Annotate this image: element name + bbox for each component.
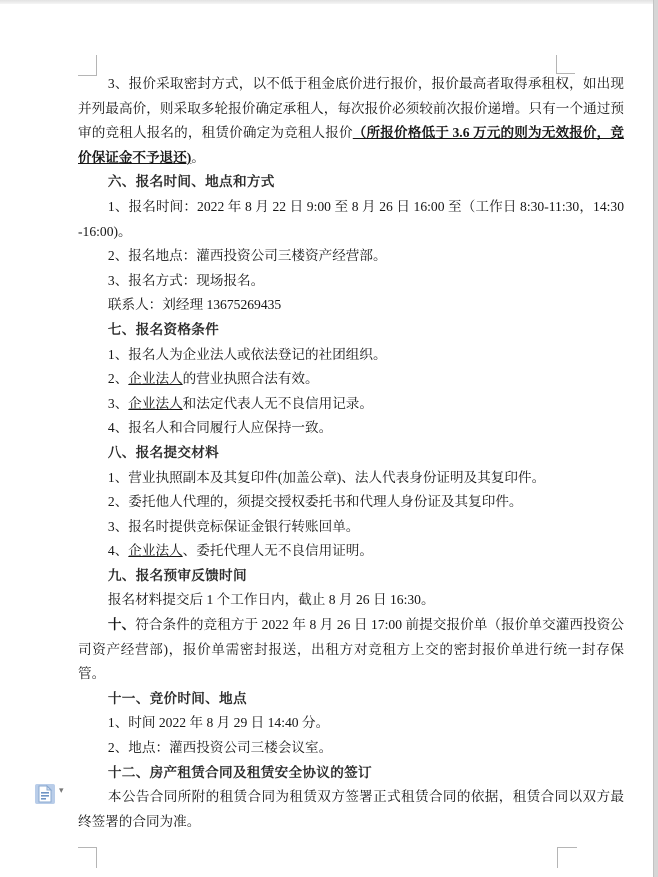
text-segment: 1、报名时间：2022 年 8 月 22 日 9:00 至 8 月 26 日 1… [78, 199, 624, 239]
text-segment: 、委托代理人无不良信用证明。 [183, 543, 373, 558]
text-segment: 3、报名时提供竞标保证金银行转账回单。 [108, 519, 359, 534]
paragraph: 2、企业法人的营业执照合法有效。 [78, 367, 624, 392]
text-boundary-mark-bottom-right [557, 847, 577, 868]
canvas-right-edge [653, 0, 658, 877]
section-heading: 九、报名预审反馈时间 [78, 564, 624, 589]
text-segment: 的营业执照合法有效。 [183, 371, 319, 386]
text-segment: 报名材料提交后 1 个工作日内，截止 8 月 26 日 16:30。 [108, 592, 435, 607]
chevron-down-icon[interactable]: ▾ [59, 787, 64, 802]
paragraph: 4、报名人和合同履行人应保持一致。 [78, 416, 624, 441]
paragraph: 1、营业执照副本及其复印件(加盖公章)、法人代表身份证明及其复印件。 [78, 466, 624, 491]
text-segment: 和法定代表人无不良信用记录。 [183, 396, 373, 411]
text-segment: 九、报名预审反馈时间 [108, 568, 247, 583]
text-segment: 企业法人 [128, 396, 182, 411]
section-heading: 六、报名时间、地点和方式 [78, 170, 624, 195]
paragraph: 3、报名方式：现场报名。 [78, 269, 624, 294]
text-segment: 企业法人 [128, 543, 182, 558]
text-segment: 八、报名提交材料 [108, 445, 219, 460]
text-segment: 2、委托他人代理的，须提交授权委托书和代理人身份证及其复印件。 [108, 494, 523, 509]
paragraph: 2、委托他人代理的，须提交授权委托书和代理人身份证及其复印件。 [78, 490, 624, 515]
paragraph: 3、报名时提供竞标保证金银行转账回单。 [78, 515, 624, 540]
word-page-view: { "page": { "background": "#ffffff", "to… [0, 0, 658, 877]
text-segment: 符合条件的竞租方于 2022 年 8 月 26 日 17:00 前提交报价单（报… [78, 617, 624, 681]
text-segment: 。 [191, 150, 205, 165]
paragraph: 本公告合同所附的租赁合同为租赁双方签署正式租赁合同的依据，租赁合同以双方最终签署… [78, 785, 624, 834]
section-heading: 十二、房产租赁合同及租赁安全协议的签订 [78, 761, 624, 786]
paragraph: 1、报名时间：2022 年 8 月 22 日 9:00 至 8 月 26 日 1… [78, 195, 624, 244]
text-segment: 十一、竞价时间、地点 [108, 691, 247, 706]
text-segment: 4、 [108, 543, 128, 558]
paragraph: 2、报名地点：灌西投资公司三楼资产经营部。 [78, 244, 624, 269]
text-segment: 2、地点：灌西投资公司三楼会议室。 [108, 740, 332, 755]
paragraph: 1、报名人为企业法人或依法登记的社团组织。 [78, 343, 624, 368]
paragraph: 报名材料提交后 1 个工作日内，截止 8 月 26 日 16:30。 [78, 588, 624, 613]
canvas-top-edge [0, 0, 658, 4]
text-segment: 十二、房产租赁合同及租赁安全协议的签订 [108, 765, 372, 780]
text-segment: 3、 [108, 396, 128, 411]
paragraph: 3、报价采取密封方式，以不低于租金底价进行报价，报价最高者取得承租权，如出现并列… [78, 72, 624, 170]
text-segment: 十、 [108, 617, 135, 632]
text-segment: 4、报名人和合同履行人应保持一致。 [108, 420, 332, 435]
paragraph: 2、地点：灌西投资公司三楼会议室。 [78, 736, 624, 761]
paste-options-icon [34, 783, 56, 805]
text-segment: 1、时间 2022 年 8 月 29 日 14:40 分。 [108, 715, 329, 730]
paragraph: 十、符合条件的竞租方于 2022 年 8 月 26 日 17:00 前提交报价单… [78, 613, 624, 687]
text-segment: 本公告合同所附的租赁合同为租赁双方签署正式租赁合同的依据，租赁合同以双方最终签署… [78, 789, 624, 829]
paragraph: 1、时间 2022 年 8 月 29 日 14:40 分。 [78, 711, 624, 736]
paste-options-button[interactable]: ▾ [34, 781, 78, 807]
section-heading: 八、报名提交材料 [78, 441, 624, 466]
text-segment: 联系人：刘经理 13675269435 [108, 297, 281, 312]
text-segment: 七、报名资格条件 [108, 322, 219, 337]
text-boundary-mark-bottom-left [78, 847, 97, 868]
section-heading: 七、报名资格条件 [78, 318, 624, 343]
paragraph: 联系人：刘经理 13675269435 [78, 293, 624, 318]
text-segment: 1、营业执照副本及其复印件(加盖公章)、法人代表身份证明及其复印件。 [108, 470, 545, 485]
text-segment: 2、报名地点：灌西投资公司三楼资产经营部。 [108, 248, 387, 263]
text-segment: 2、 [108, 371, 128, 386]
document-body: 3、报价采取密封方式，以不低于租金底价进行报价，报价最高者取得承租权，如出现并列… [78, 72, 624, 834]
text-segment: 六、报名时间、地点和方式 [108, 174, 275, 189]
paragraph: 3、企业法人和法定代表人无不良信用记录。 [78, 392, 624, 417]
text-segment: 3、报名方式：现场报名。 [108, 273, 264, 288]
section-heading: 十一、竞价时间、地点 [78, 687, 624, 712]
text-segment: 1、报名人为企业法人或依法登记的社团组织。 [108, 347, 387, 362]
text-segment: 企业法人 [128, 371, 182, 386]
paragraph: 4、企业法人、委托代理人无不良信用证明。 [78, 539, 624, 564]
